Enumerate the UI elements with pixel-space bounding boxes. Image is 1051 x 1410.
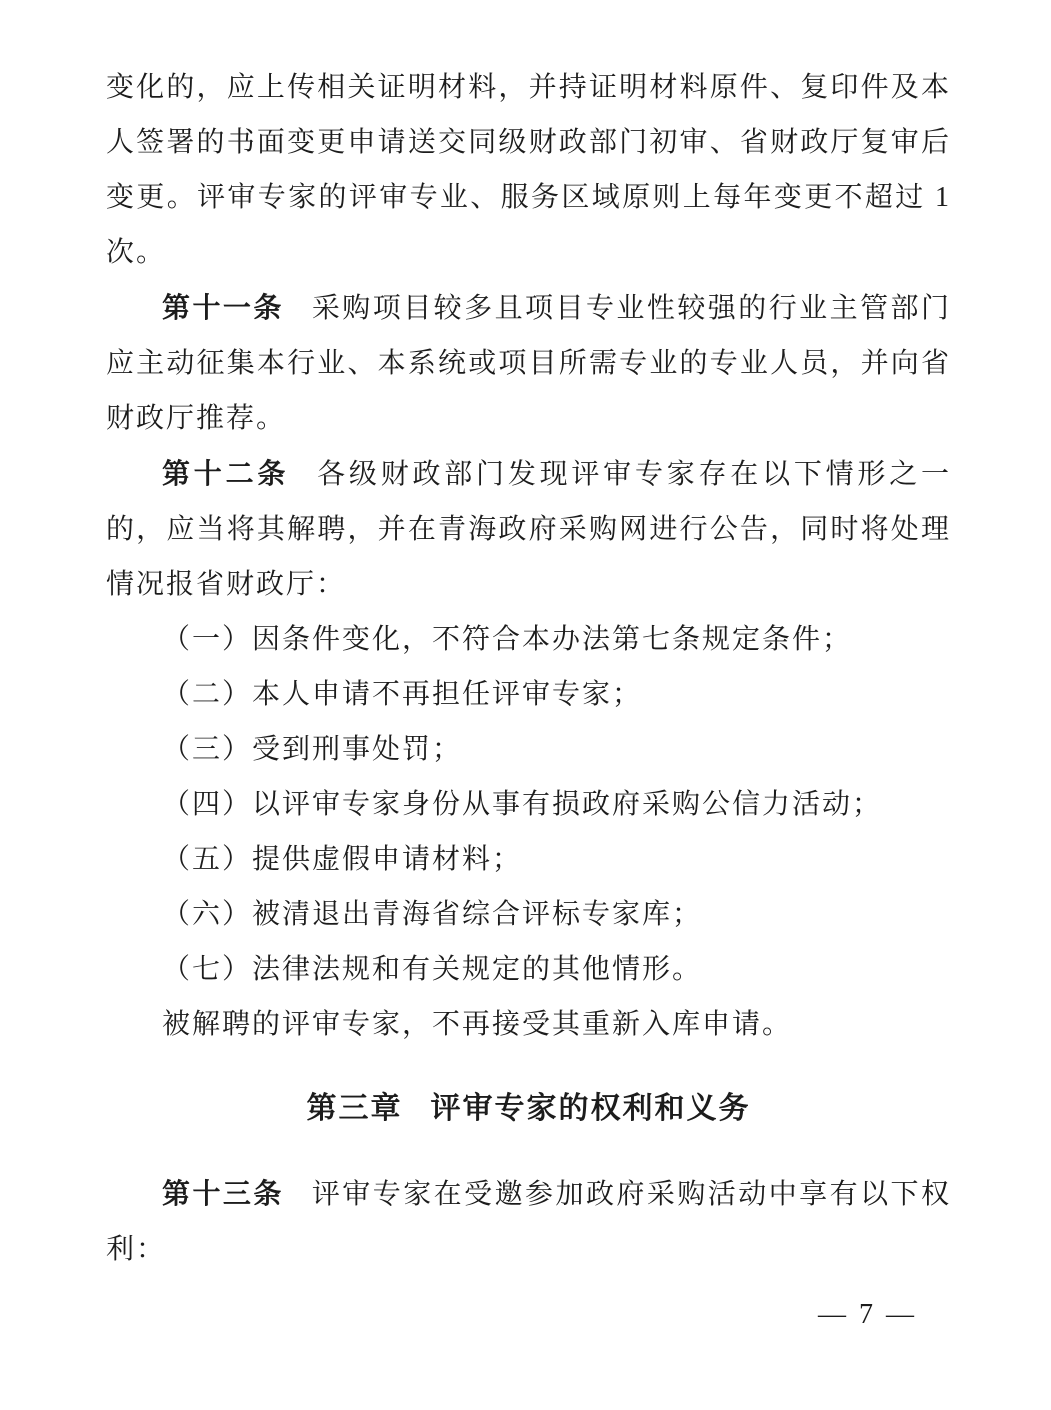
article-12-item-2: （二）本人申请不再担任评审专家；: [106, 667, 951, 722]
article-12-closing-paragraph: 被解聘的评审专家，不再接受其重新入库申请。: [106, 997, 951, 1052]
continuation-paragraph: 变化的，应上传相关证明材料，并持证明材料原件、复印件及本人签署的书面变更申请送交…: [106, 60, 951, 280]
article-12-item-1: （一）因条件变化，不符合本办法第七条规定条件；: [106, 612, 951, 667]
chapter-3-heading: 第三章评审专家的权利和义务: [106, 1081, 951, 1137]
article-12-label: 第十二条: [162, 458, 289, 489]
article-11-paragraph: 第十一条采购项目较多且项目专业性较强的行业主管部门应主动征集本行业、本系统或项目…: [106, 280, 951, 446]
article-12-paragraph: 第十二条各级财政部门发现评审专家存在以下情形之一的，应当将其解聘，并在青海政府采…: [106, 446, 951, 612]
chapter-3-title: 评审专家的权利和义务: [431, 1092, 751, 1125]
article-11-label: 第十一条: [162, 292, 284, 323]
article-12-item-4: （四）以评审专家身份从事有损政府采购公信力活动；: [106, 777, 951, 832]
article-13-label: 第十三条: [162, 1178, 284, 1209]
article-13-paragraph: 第十三条评审专家在受邀参加政府采购活动中享有以下权利：: [106, 1166, 951, 1277]
article-12-item-5: （五）提供虚假申请材料；: [106, 832, 951, 887]
page-number: — 7 —: [818, 1297, 917, 1333]
article-12-item-3: （三）受到刑事处罚；: [106, 722, 951, 777]
document-page: 变化的，应上传相关证明材料，并持证明材料原件、复印件及本人签署的书面变更申请送交…: [0, 0, 1051, 1277]
chapter-3-number: 第三章: [307, 1092, 403, 1125]
article-12-item-6: （六）被清退出青海省综合评标专家库；: [106, 887, 951, 942]
article-12-item-7: （七）法律法规和有关规定的其他情形。: [106, 942, 951, 997]
